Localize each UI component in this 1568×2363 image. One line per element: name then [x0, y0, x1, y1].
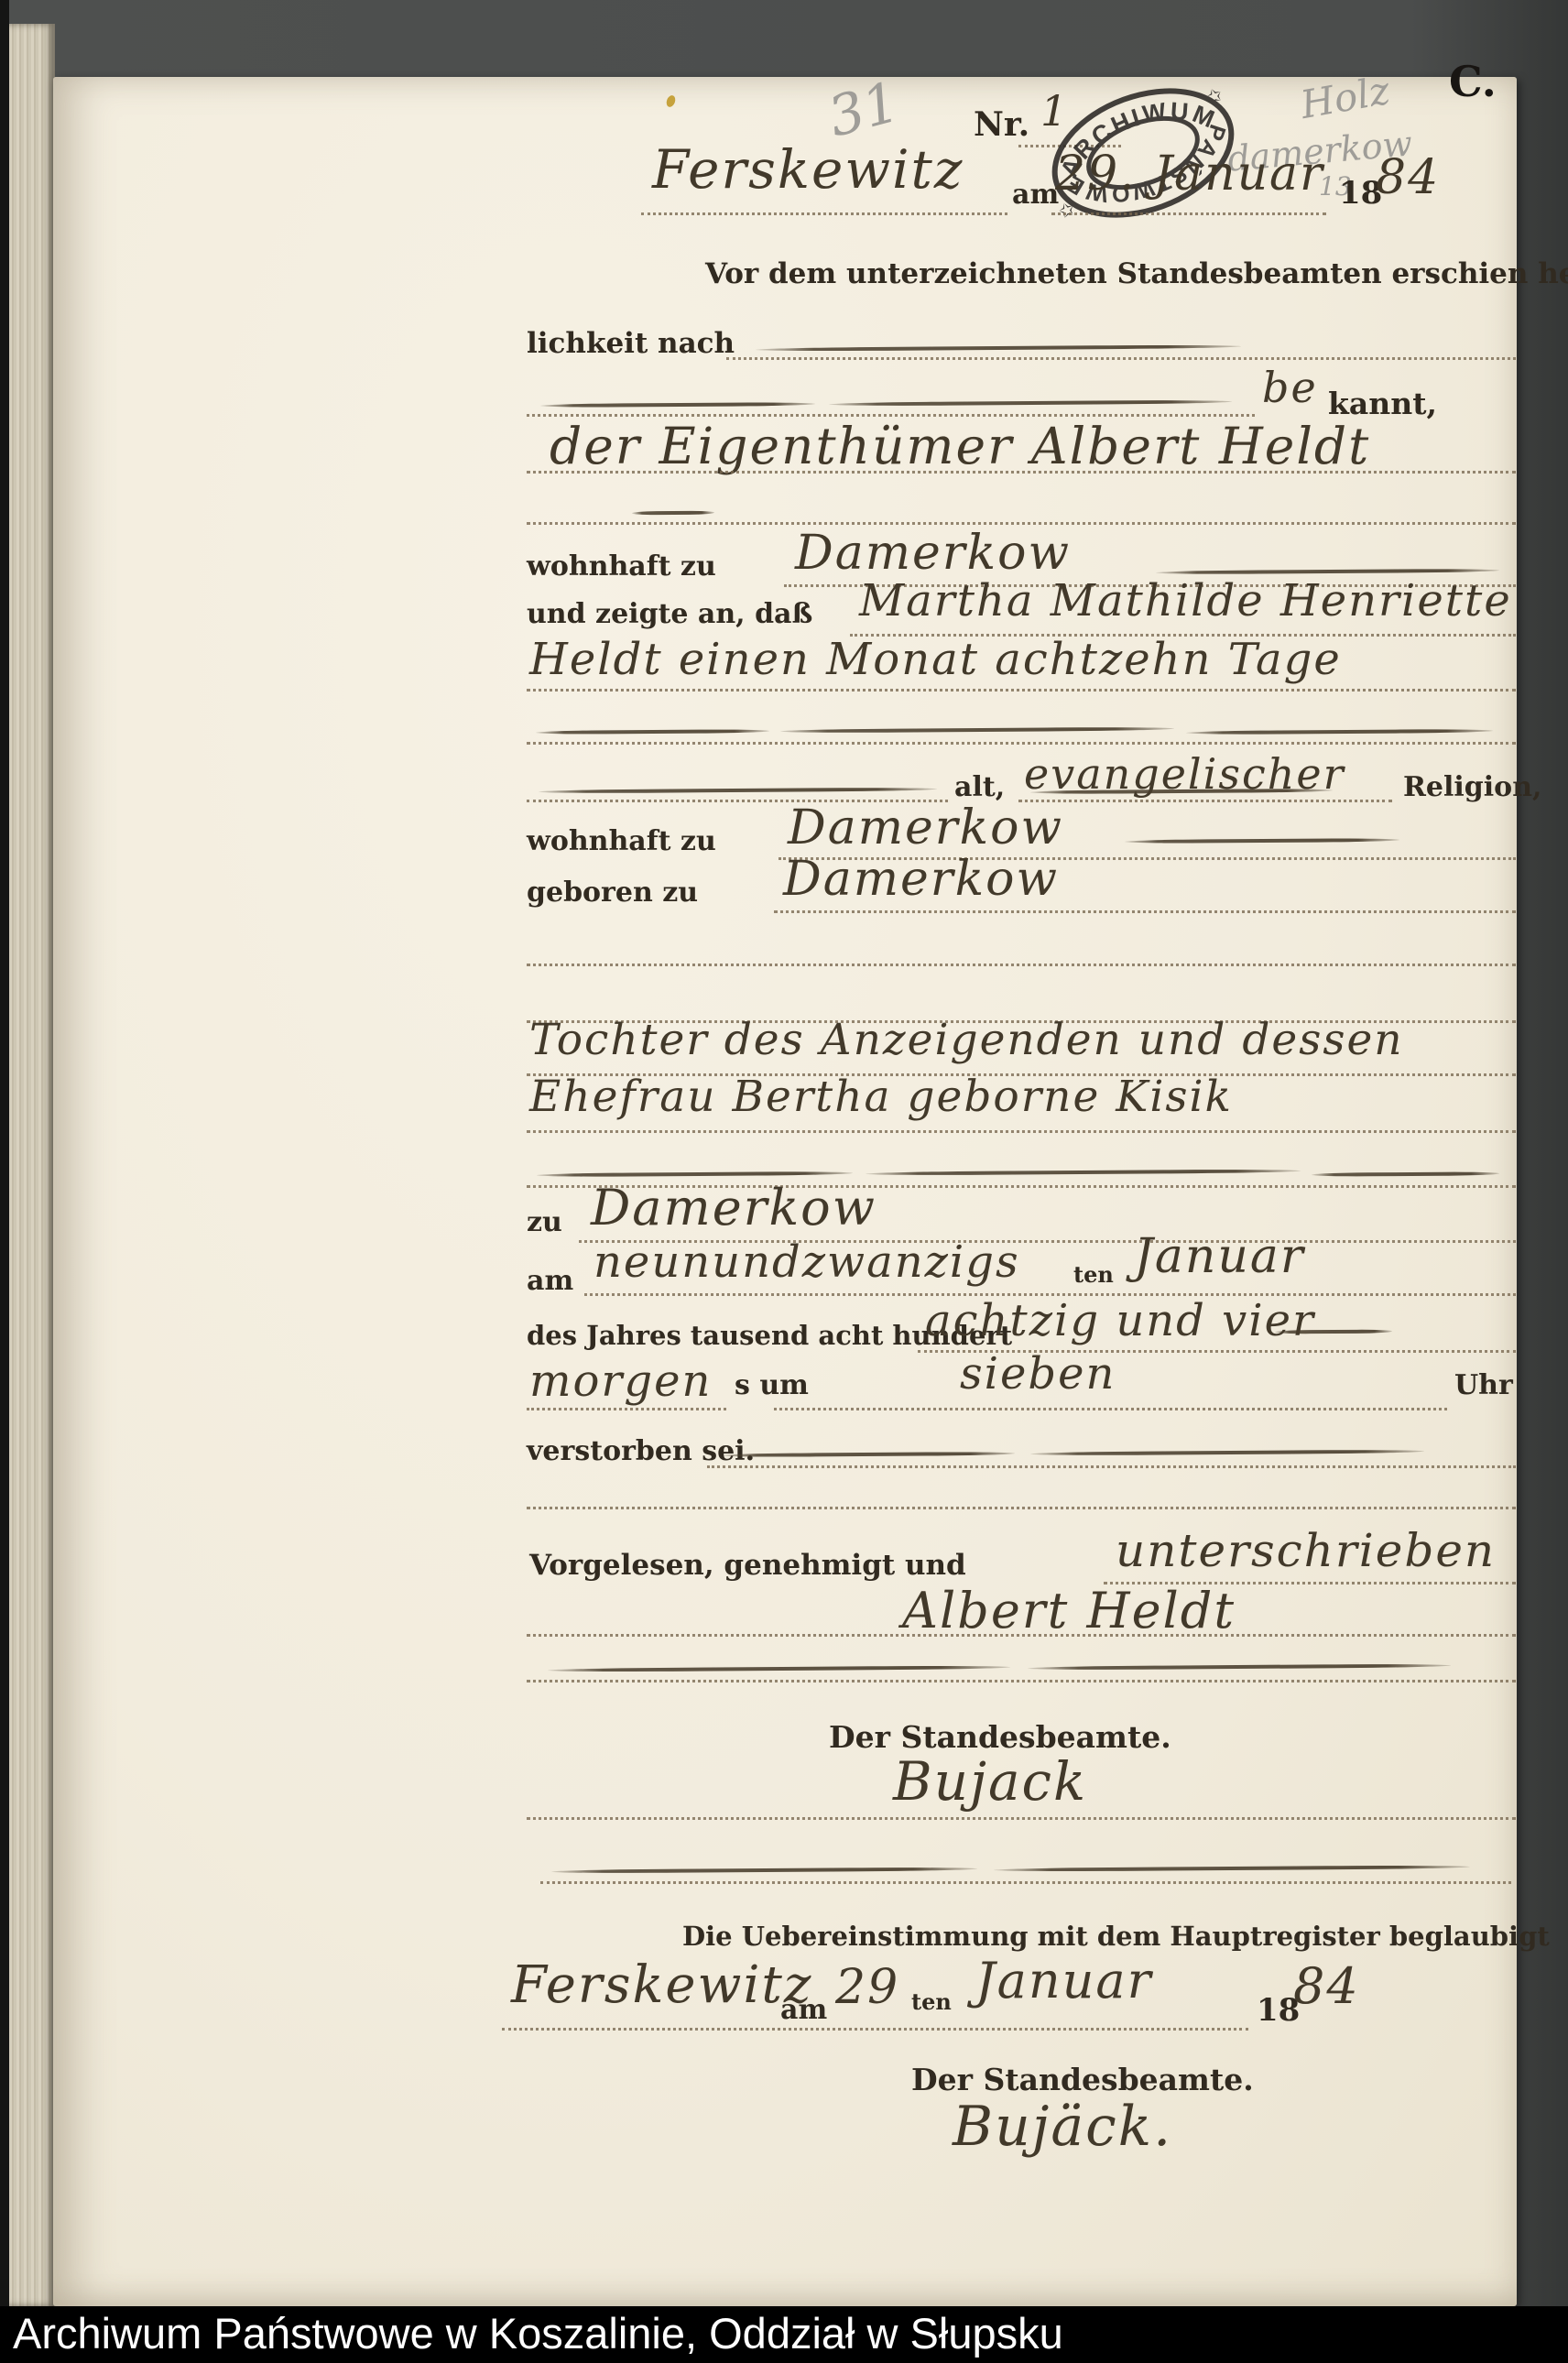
died-label: verstorben sei.	[527, 1438, 755, 1465]
born-label: geboren zu	[527, 879, 698, 907]
parents-line1: Tochter des Anzeigenden und dessen	[529, 1018, 1404, 1062]
form-line	[774, 910, 1516, 913]
certification-ten-label: ten	[911, 1991, 952, 2013]
form-line	[527, 964, 1516, 966]
declarant-signature: Albert Heldt	[902, 1586, 1236, 1636]
zu-label: zu	[527, 1209, 562, 1236]
am-label: am	[1012, 181, 1059, 209]
residence-label: wohnhaft zu	[527, 553, 716, 581]
certification-registrar-label: Der Standesbeamte.	[911, 2064, 1254, 2095]
certification-registrar-signature: Bujäck.	[953, 2099, 1172, 2154]
form-line	[707, 1465, 1516, 1468]
form-line	[540, 1881, 1511, 1884]
form-line	[527, 742, 1516, 745]
form-line	[527, 1507, 1516, 1509]
form-line	[774, 1408, 1447, 1410]
registry-place: Ferskewitz	[652, 143, 964, 196]
book-page-edges	[9, 24, 55, 2306]
religion-label: Religion,	[1403, 774, 1541, 801]
intro-line2: lichkeit nach	[527, 330, 735, 358]
parents-line2: Ehefrau Bertha geborne Kisik	[529, 1075, 1233, 1118]
archive-caption: Archiwum Państwowe w Koszalinie, Oddział…	[0, 2306, 1568, 2361]
death-year: achtzig und vier	[925, 1299, 1315, 1343]
form-line	[527, 689, 1516, 691]
deceased-residence-label: wohnhaft zu	[527, 828, 716, 855]
uhr-label: Uhr	[1454, 1372, 1513, 1399]
form-line	[502, 2028, 1248, 2031]
read-approved-label: Vorgelesen, genehmigt und	[529, 1552, 966, 1580]
corner-letter: C.	[1449, 60, 1497, 103]
form-line	[527, 1130, 1516, 1133]
certification-place: Ferskewitz	[511, 1960, 812, 2011]
form-line	[527, 1408, 726, 1410]
form-line	[527, 522, 1516, 525]
form-line	[641, 212, 1007, 215]
certification-line: Die Uebereinstimmung mit dem Hauptregist…	[682, 1923, 1550, 1950]
death-time-of-day: morgen	[529, 1359, 712, 1403]
signed-hand: unterschrieben	[1116, 1528, 1496, 1574]
registry-date: 29. Januar	[1055, 150, 1324, 198]
form-line	[527, 1817, 1516, 1820]
scanned-document: C. 31 Nr. 1 ARCHIWUM PAŃSTWOWE ✩ ✩ Holz …	[0, 0, 1568, 2363]
pencil-page-number: 31	[823, 74, 905, 146]
book-spine	[0, 0, 9, 2306]
form-line	[527, 1634, 1516, 1637]
known-hand: be	[1262, 366, 1318, 408]
deceased-residence: Damerkow	[788, 804, 1063, 852]
death-month: Januar	[1134, 1233, 1305, 1280]
certification-am-label: am	[780, 1997, 827, 2024]
alt-label: alt,	[954, 774, 1005, 801]
certification-month: Januar	[975, 1956, 1152, 2006]
deceased-name-line2: Heldt einen Monat achtzehn Tage	[529, 637, 1342, 681]
death-place: Damerkow	[591, 1183, 877, 1233]
registrar-signature: Bujack	[893, 1755, 1087, 1808]
year-hand: 84	[1376, 154, 1440, 201]
form-line	[726, 357, 1516, 360]
form-line	[527, 1680, 1516, 1682]
deceased-name-line1: Martha Mathilde Henriette	[859, 579, 1512, 623]
um-label: s um	[735, 1372, 809, 1399]
intro-line1: Vor dem unterzeichneten Standesbeamten e…	[705, 260, 1568, 289]
death-am-label: am	[527, 1268, 573, 1295]
registrar-label: Der Standesbeamte.	[829, 1722, 1171, 1752]
certification-day: 29	[835, 1964, 899, 2011]
declarant-residence: Damerkow	[795, 529, 1071, 577]
declarant-name: der Eigenthümer Albert Heldt	[550, 421, 1370, 472]
death-hour: sieben	[960, 1352, 1116, 1396]
form-line	[1051, 212, 1326, 215]
certification-year-hand: 84	[1293, 1962, 1360, 2011]
ten-label: ten	[1073, 1264, 1114, 1286]
report-label: und zeigte an, daß	[527, 601, 812, 628]
archive-caption-bar: Archiwum Państwowe w Koszalinie, Oddział…	[0, 2306, 1568, 2363]
death-day: neunundzwanzigs	[593, 1240, 1020, 1284]
deceased-birthplace: Damerkow	[783, 855, 1059, 903]
form-line	[527, 471, 1516, 474]
form-line	[1018, 800, 1392, 802]
known-print: kannt,	[1328, 388, 1437, 419]
